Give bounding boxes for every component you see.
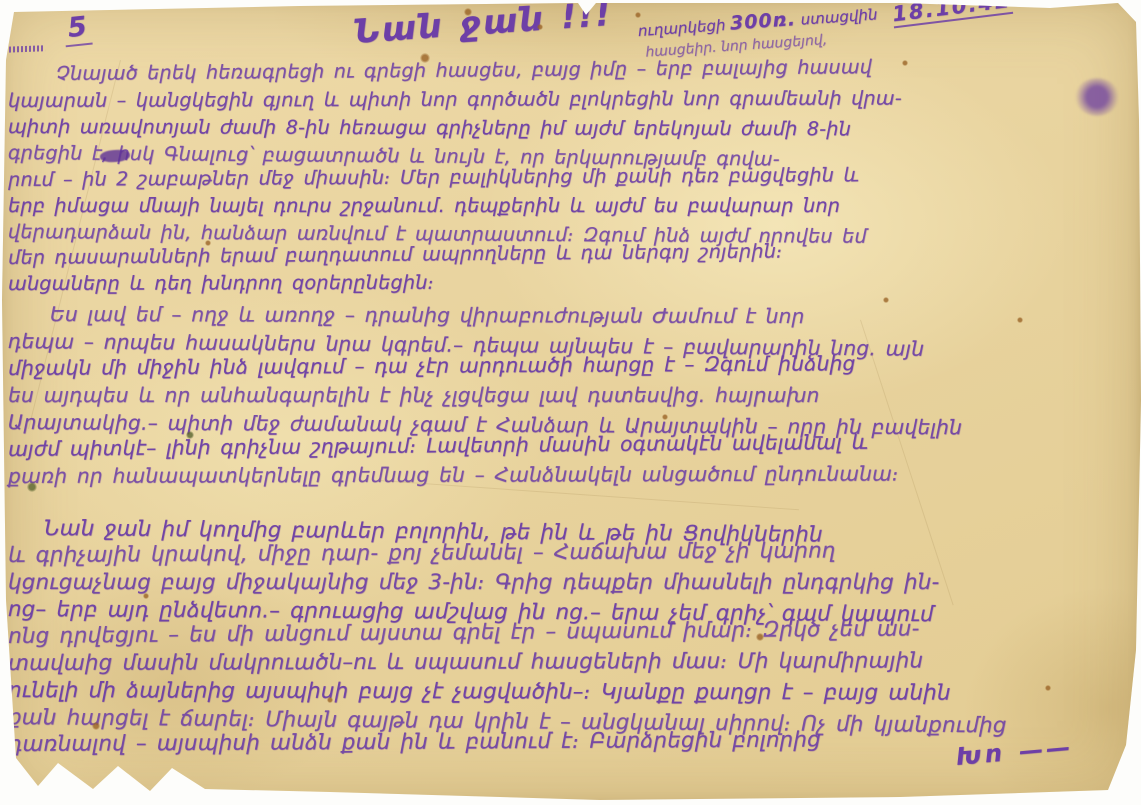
- ink-smudge: [1075, 78, 1119, 116]
- handwritten-line: Ես լավ եմ – ողջ և առողջ – դրանից վիրաբու…: [50, 302, 805, 328]
- postcard-paper: 5 ≀ Նան ջան !!! ուղարկեցի 300ռ. ստացվին …: [0, 0, 1141, 805]
- stain-speck: [1017, 317, 1023, 323]
- signature-flourish: Խո ——: [955, 733, 1074, 771]
- pen-hatch-mark: [5, 45, 45, 52]
- handwritten-line: ես այդպես և որ անհանգարելին է ինչ չլցվեց…: [8, 383, 820, 407]
- scanned-postcard: 5 ≀ Նան ջան !!! ուղարկեցի 300ռ. ստացվին …: [0, 0, 1141, 805]
- handwritten-line: կցուցաչնաց բայց միջակայնից մեջ 3-ին։ Գրի…: [8, 570, 939, 595]
- handwritten-line: տավաից մասին մակրուածն–ու և սպասում հասց…: [8, 648, 923, 676]
- handwritten-line: պիտի առավոտյան ժամի 8-ին հեռացա գրիչները…: [8, 115, 851, 140]
- stain-speck: [883, 297, 889, 303]
- corner-note-suffix: ստացվին: [800, 5, 878, 28]
- corner-note: ուղարկեցի 300ռ. ստացվին 18.10.42 հասցեիր…: [637, 0, 1014, 61]
- salutation: Նան ջան !!!: [352, 0, 613, 51]
- stain-speck: [902, 60, 908, 66]
- handwritten-line: անցաները և դեղ խնդրող զօրերընեցին։: [8, 271, 434, 295]
- corner-note-prefix: ուղարկեցի: [637, 16, 726, 40]
- stain-speck: [1045, 685, 1051, 691]
- handwritten-line: մեր դասարանների երամ բաղդատում ապրողները…: [8, 240, 783, 269]
- handwritten-line: ունելի մի ձայներից այսպիսի բայց չէ չացվա…: [8, 678, 951, 706]
- edge-ink-mark: ≀: [0, 136, 8, 154]
- handwritten-line: դառնալով – այսպիսի անձն քան ին և բանում …: [8, 727, 821, 757]
- handwritten-line: Չնայած երեկ հեռագրեցի ու գրեցի հասցես, բ…: [56, 55, 872, 85]
- handwritten-line: րում – ին 2 շաբաթներ մեջ միասին։ Մեր բալ…: [8, 163, 859, 191]
- handwritten-line: միջակն մի միջին ինձ լավգում – դա չէր արդ…: [8, 351, 856, 380]
- page-number: 5: [62, 11, 92, 48]
- handwritten-line: և գրիչային կրակով, միջը դար- քոյ չեմանել…: [8, 538, 836, 568]
- handwritten-line: կայարան – կանցկեցին գյուղ և պիտի նոր գոր…: [8, 87, 902, 112]
- handwritten-line: քառի որ հանապատկերնելը գրեմնաց են – Հանձ…: [8, 462, 899, 488]
- money-amount: 300ռ.: [729, 8, 796, 35]
- handwritten-line: երբ իմացա մնայի նայել դուրս շրջանում. դե…: [8, 194, 840, 217]
